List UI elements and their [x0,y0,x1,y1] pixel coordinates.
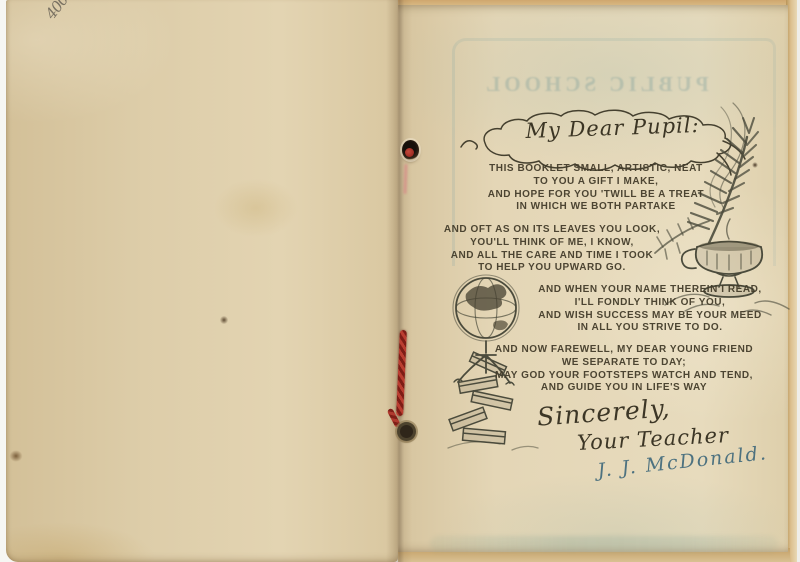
ghost-smudge [430,536,778,552]
poem-line: TO YOU A GIFT I MAKE, [462,176,730,189]
ghost-text: PUBLIC SCHOOL [468,72,723,97]
poem-stanza: THIS BOOKLET SMALL, ARTISTIC, NEAT TO YO… [462,163,730,214]
poem-line: AND NOW FAREWELL, MY DEAR YOUNG FRIEND [486,344,762,357]
poem-stanza: AND NOW FAREWELL, MY DEAR YOUNG FRIEND W… [486,344,762,395]
poem-line: YOU'LL THINK OF ME, I KNOW, [428,237,676,250]
poem-stanza: AND OFT AS ON ITS LEAVES YOU LOOK, YOU'L… [428,224,676,275]
binding-grommet-bottom [397,422,416,441]
poem-line: IN WHICH WE BOTH PARTAKE [462,201,730,214]
poem-line: AND HOPE FOR YOU 'TWILL BE A TREAT [462,189,730,202]
page-crease [386,0,412,562]
poem-line: I'LL FONDLY THINK OF YOU, [514,297,786,310]
poem-line: AND GUIDE YOU IN LIFE'S WAY [486,382,762,395]
poem-stanza: AND WHEN YOUR NAME THEREIN I READ, I'LL … [514,284,786,335]
cord-in-hole [405,148,414,157]
poem-line: IN ALL YOU STRIVE TO DO. [514,322,786,335]
poem-line: AND ALL THE CARE AND TIME I TOOK [428,250,676,263]
poem-line: AND WISH SUCCESS MAY BE YOUR MEED [514,310,786,323]
book-scan: 400 PUBLIC SCHOOL My Dear Pupil: [0,0,800,562]
poem-line: WE SEPARATE TO DAY; [486,357,762,370]
poem-line: AND OFT AS ON ITS LEAVES YOU LOOK, [428,224,676,237]
left-page [6,0,398,562]
poem-line: MAY GOD YOUR FOOTSTEPS WATCH AND TEND, [486,370,762,383]
poem-line: TO HELP YOU UPWARD GO. [428,262,676,275]
poem-line: THIS BOOKLET SMALL, ARTISTIC, NEAT [462,163,730,176]
poem-line: AND WHEN YOUR NAME THEREIN I READ, [514,284,786,297]
